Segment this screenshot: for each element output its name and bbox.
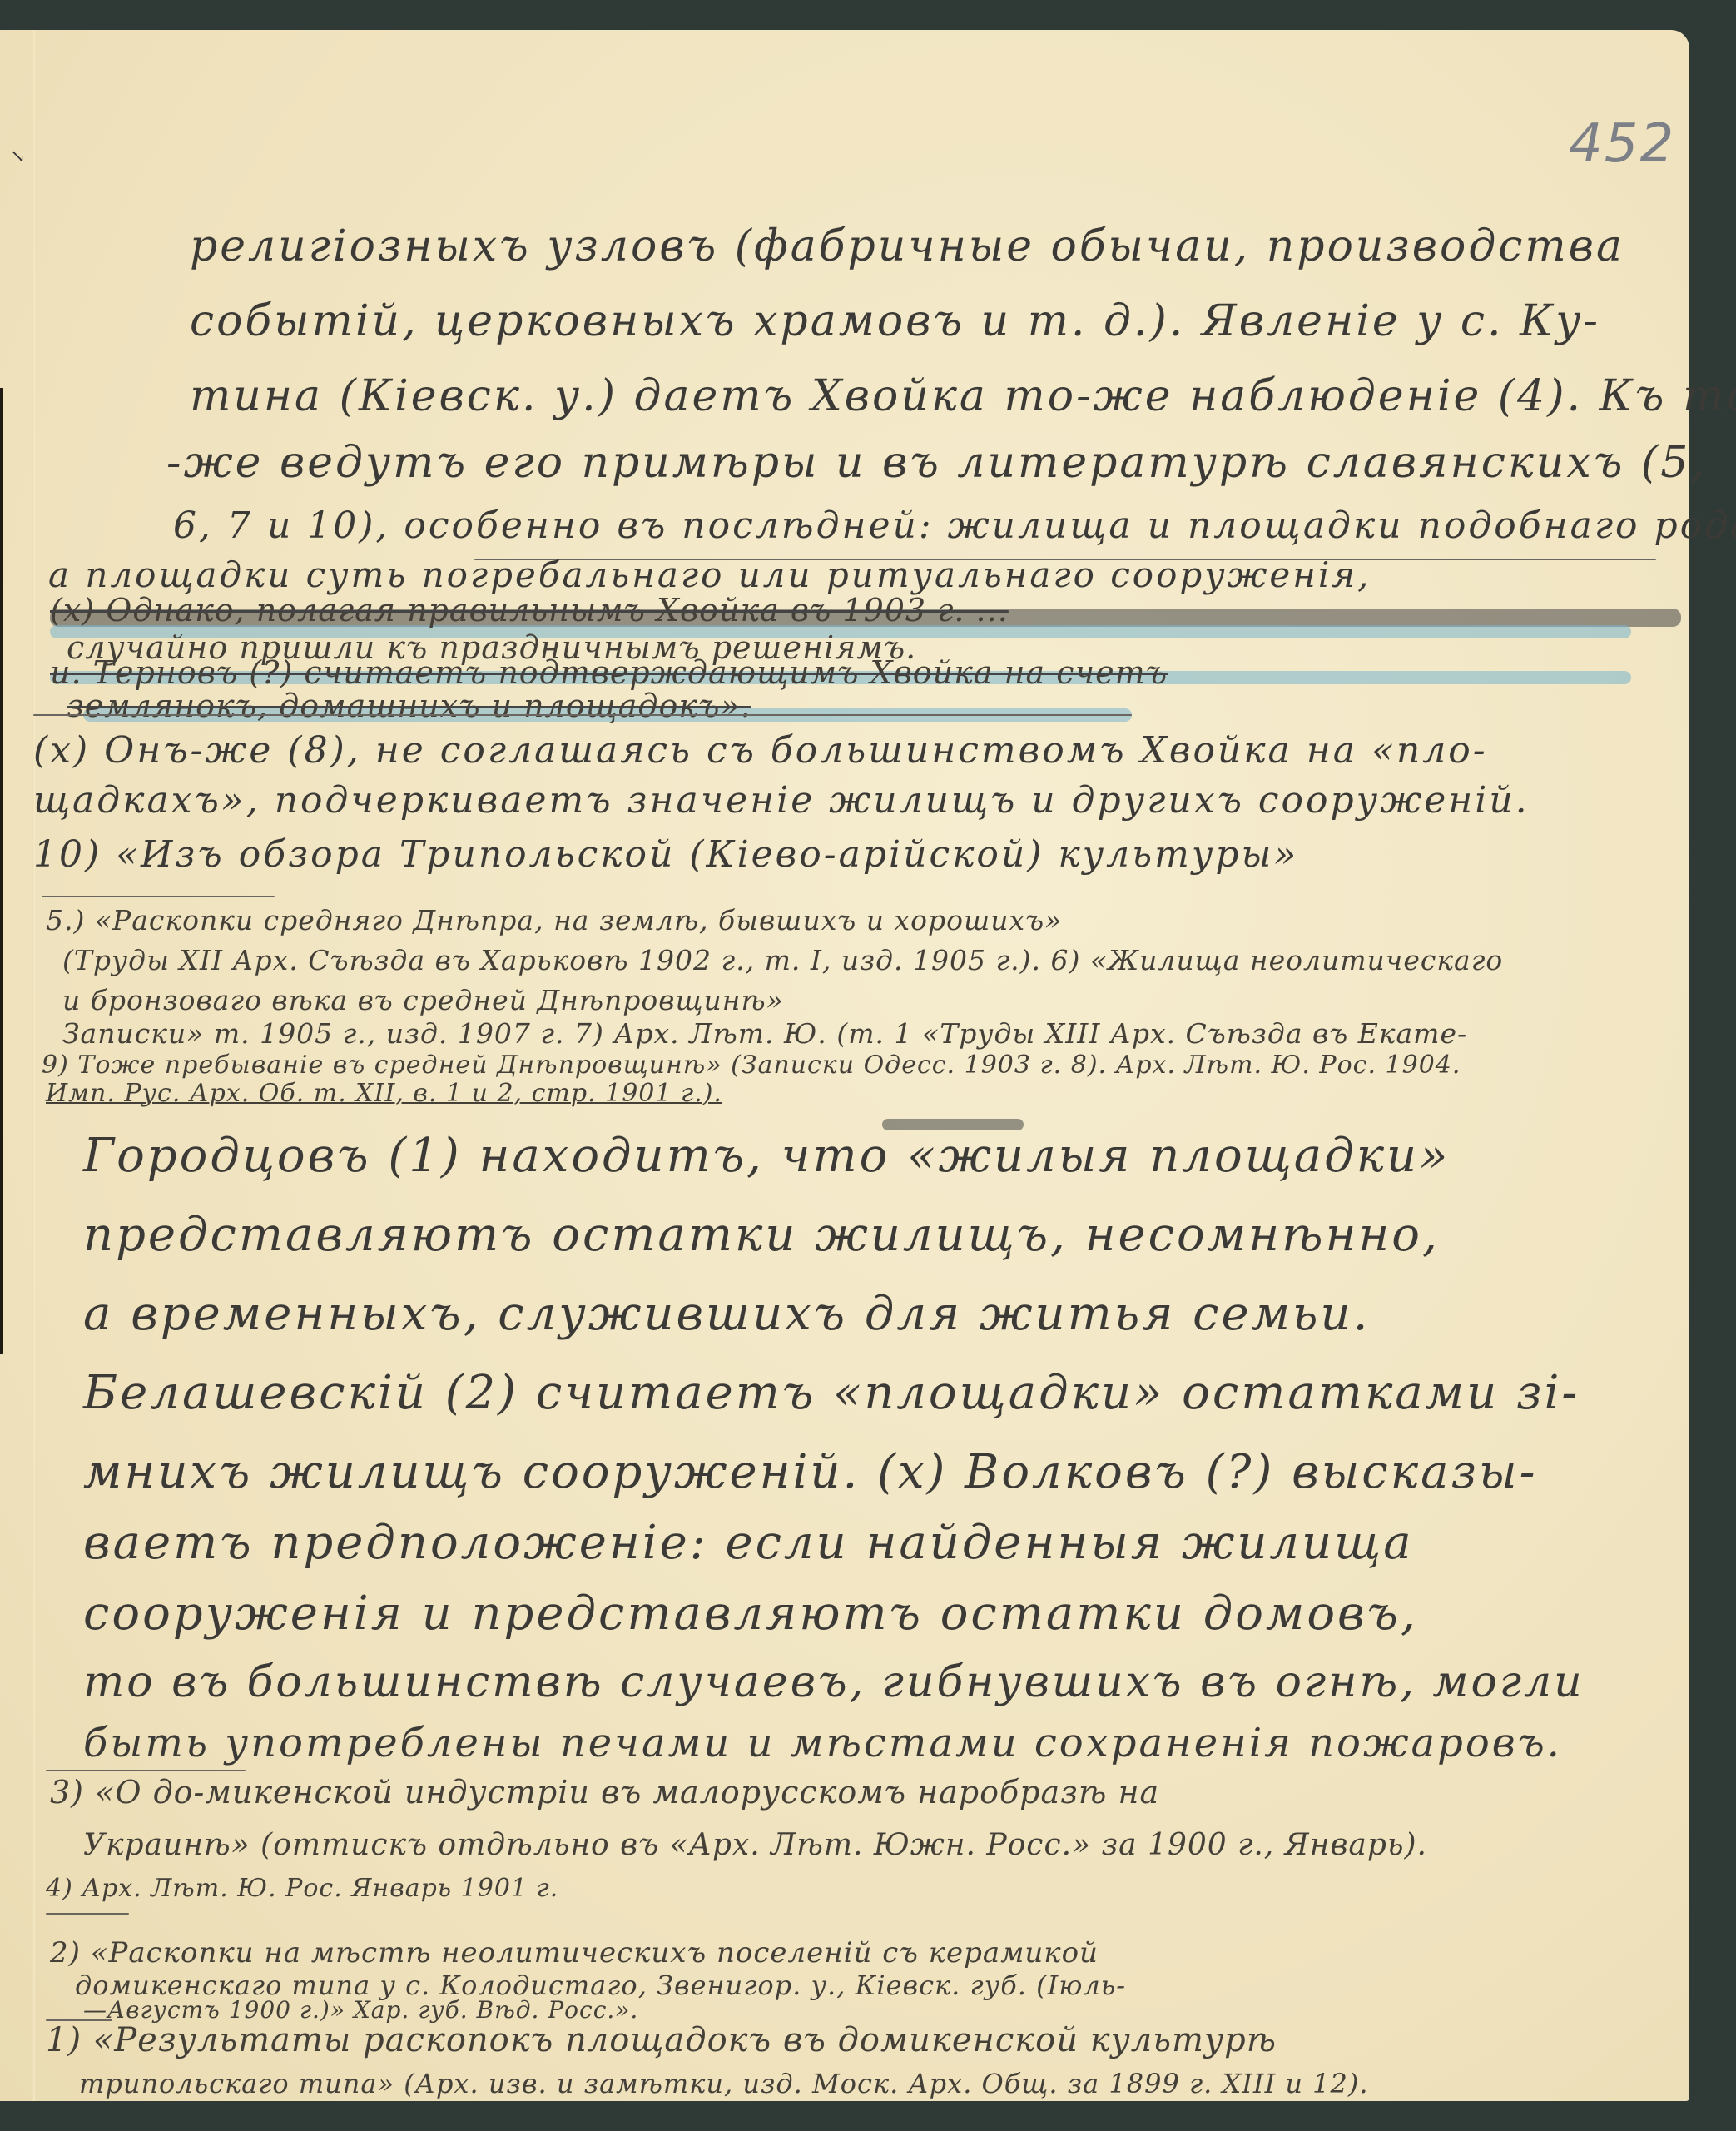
footnote-line: 1) «Результаты раскопокъ площадокъ въ до… [46, 2021, 1277, 2059]
text-line: -же ведутъ его примѣры и въ литературѣ с… [166, 438, 1707, 488]
separator-rule [33, 714, 1132, 716]
text-line: ваетъ предположеніе: если найденныя жили… [83, 1516, 1414, 1570]
footnote-line: 9) Тоже пребываніе въ средней Днѣпровщин… [42, 1051, 1461, 1080]
footnote-line: и бронзоваго вѣка въ средней Днѣпровщинѣ… [62, 984, 784, 1016]
text-line: мнихъ жилищъ сооруженій. (x) Волковъ (?)… [83, 1445, 1538, 1499]
footnote-line: трипольскаго типа» (Арх. изв. и замѣтки,… [79, 2068, 1369, 2099]
footnote-rule [46, 1913, 129, 1915]
footnote-rule [46, 1770, 246, 1771]
manuscript-page: ↘ 452 религіозныхъ узловъ (фабричные обы… [0, 30, 1689, 2101]
footnote-rule [42, 896, 275, 897]
footnote-line: 3) «О до-микенской индустріи въ малорусс… [50, 1774, 1159, 1811]
text-line: а временныхъ, служившихъ для житья семьи… [83, 1287, 1370, 1341]
margin-mark: ↘ [10, 147, 25, 167]
footnote-line: —Августъ 1900 г.)» Хар. губ. Вѣд. Росс.»… [83, 1996, 638, 2024]
left-edge-strip [0, 388, 3, 1354]
text-line: то въ большинствѣ случаевъ, гибнувшихъ в… [83, 1657, 1585, 1707]
text-line: 10) «Изъ обзора Трипольской (Кіево-арійс… [33, 833, 1298, 876]
footnote-line: Записки» т. 1905 г., изд. 1907 г. 7) Арх… [62, 1017, 1467, 1050]
text-line: религіозныхъ узловъ (фабричные обычаи, п… [190, 221, 1624, 271]
struck-line: и. Терновъ (?) считаетъ подтверждающимъ … [50, 654, 1168, 691]
text-line: Городцовъ (1) находитъ, что «жилыя площа… [83, 1129, 1450, 1183]
footnote-line: 4) Арх. Лѣт. Ю. Рос. Январь 1901 г. [46, 1874, 558, 1903]
text-line: быть употреблены печами и мѣстами сохран… [83, 1720, 1562, 1766]
folio-number: 452 [1569, 113, 1675, 175]
struck-line: (x) Однако, полагая правильнымъ Хвойка в… [50, 592, 1009, 628]
footnote-line: Имп. Рус. Арх. Об. т. XII, в. 1 и 2, стр… [46, 1079, 722, 1108]
footnote-line: 5.) «Раскопки средняго Днѣпра, на землѣ,… [46, 904, 1062, 936]
text-line: тина (Кіевск. у.) даетъ Хвойка то-же наб… [190, 371, 1736, 421]
footnote-line: Украинѣ» (оттискъ отдѣльно въ «Арх. Лѣт.… [83, 1828, 1427, 1862]
text-line: представляютъ остатки жилищъ, несомнѣнно… [83, 1208, 1440, 1262]
text-line: щадкахъ», подчеркиваетъ значеніе жилищъ … [33, 779, 1530, 822]
struck-line: землянокъ, домашнихъ и площадокъ». [67, 688, 751, 724]
text-line: 6, 7 и 10), особенно въ послѣдней: жилищ… [173, 504, 1736, 547]
text-line: а площадки суть погребальнаго или ритуал… [48, 554, 1371, 595]
footnote-line: (Труды XII Арх. Съѣзда въ Харьковѣ 1902 … [62, 944, 1503, 976]
text-line: (x) Онъ-же (8), не соглашаясь съ большин… [33, 729, 1488, 772]
text-line: Белашевскій (2) считаетъ «площадки» оста… [83, 1366, 1580, 1420]
text-line: событій, церковныхъ храмовъ и т. д.). Яв… [190, 296, 1600, 346]
footnote-line: 2) «Раскопки на мѣстѣ неолитическихъ пос… [50, 1936, 1099, 1970]
page-fold-line [32, 30, 35, 2101]
text-line: сооруженія и представляютъ остатки домов… [83, 1587, 1418, 1641]
